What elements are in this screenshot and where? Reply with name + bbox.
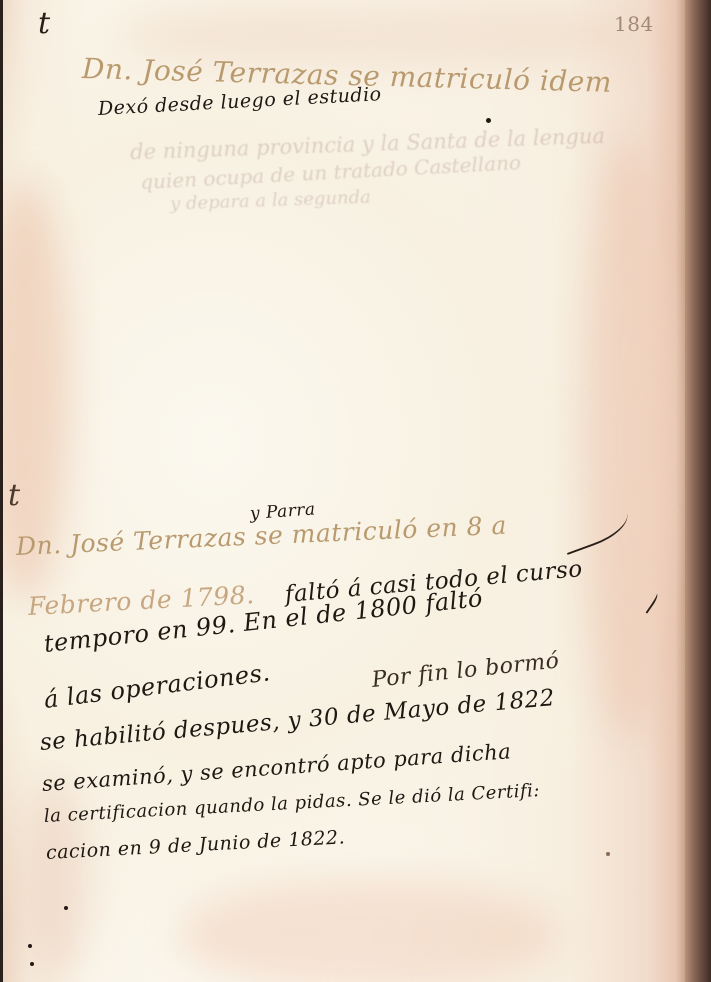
entry-2-line-8: cacion en 9 de Junio de 1822.: [45, 826, 345, 864]
ink-dot: [486, 118, 491, 123]
ink-swash: [642, 592, 660, 613]
manuscript-page: de ninguna provincia y la Santa de la le…: [0, 0, 711, 982]
corner-mark-top: t: [38, 6, 50, 41]
corner-mark-middle: t: [8, 478, 20, 513]
stain: [580, 140, 670, 740]
ink-dot: [30, 962, 34, 966]
ink-dot: [606, 852, 610, 856]
page-left-edge: [0, 0, 3, 982]
stain: [180, 880, 560, 982]
folio-number: 184: [614, 12, 654, 36]
ink-dot: [28, 944, 32, 948]
ink-dot: [64, 906, 68, 910]
ink-swash: [557, 501, 634, 555]
book-binding-edge: [685, 0, 711, 982]
entry-2-line-4: á las operaciones.: [42, 658, 272, 714]
